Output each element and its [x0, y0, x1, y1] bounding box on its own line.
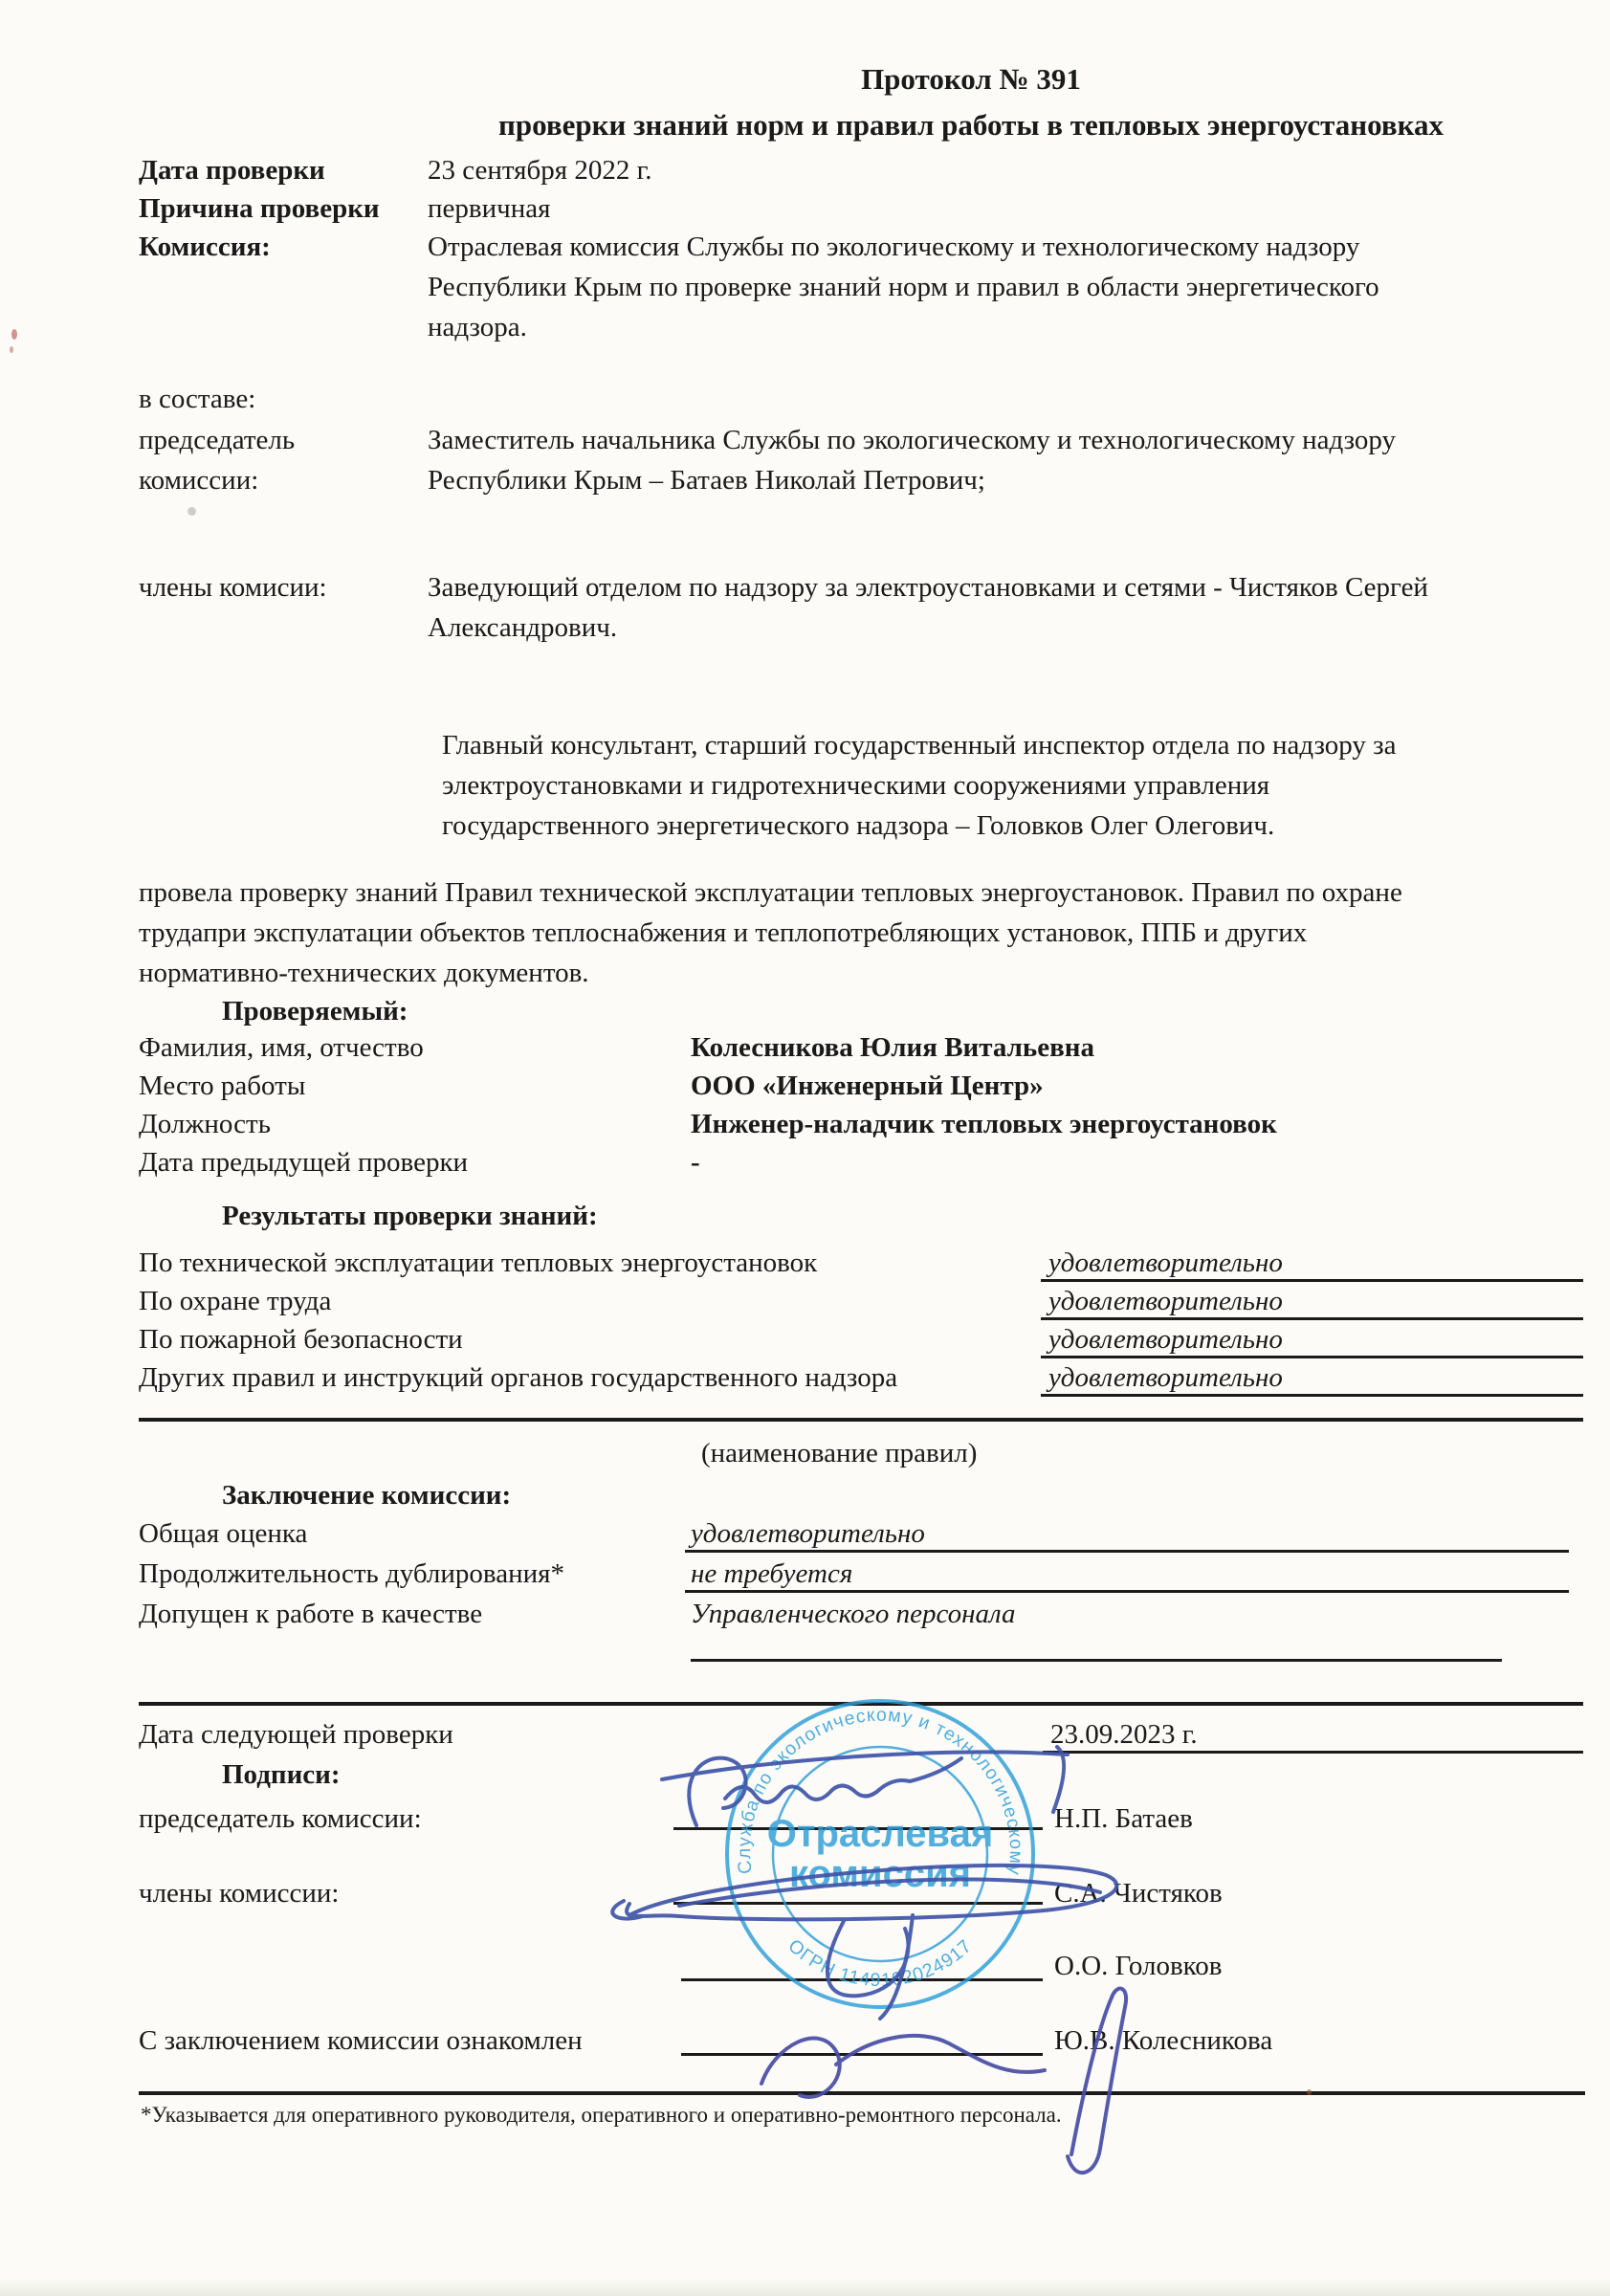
result-underline	[1041, 1356, 1583, 1358]
member2-line: государственного энергетического надзора…	[442, 809, 1274, 842]
member2-line: Главный консультант, старший государстве…	[442, 729, 1396, 762]
examinee-label: Дата предыдущей проверки	[139, 1146, 468, 1179]
examinee-value: -	[691, 1146, 700, 1179]
member2-signature-ink	[827, 1915, 913, 2019]
members-label: члены комисии:	[139, 571, 327, 604]
conducted-line: трудапри экспулатации объектов теплоснаб…	[139, 916, 1307, 949]
signatures-header: Подписи:	[222, 1758, 341, 1791]
examinee-value: ООО «Инженерный Центр»	[691, 1070, 1044, 1102]
conclusion-underline	[685, 1550, 1569, 1553]
conducted-line: провела проверку знаний Правил техническ…	[139, 876, 1402, 909]
conducted-line: нормативно-технических документов.	[139, 957, 589, 989]
commission-line: Отраслевая комиссия Службы по экологичес…	[428, 231, 1359, 263]
section-rule	[139, 1418, 1583, 1422]
examinee-label: Должность	[139, 1108, 271, 1140]
chairman-line: Республики Крым – Батаев Николай Петрови…	[428, 464, 985, 497]
member1-line: Заведующий отделом по надзору за электро…	[428, 571, 1428, 604]
chairman-label: комиссии:	[139, 464, 258, 497]
member1-signature-ink	[612, 1865, 1116, 1919]
commission-label: Комиссия:	[139, 231, 271, 263]
chairman-signature-ink	[662, 1747, 1068, 1825]
examinee-label: Место работы	[139, 1070, 305, 1102]
result-label: По пожарной безопасности	[139, 1323, 463, 1356]
results-header: Результаты проверки знаний:	[222, 1200, 598, 1232]
doc-subtitle: проверки знаний норм и правил работы в т…	[335, 109, 1607, 142]
examinee-header: Проверяемый:	[222, 995, 408, 1027]
conclusion-label: Общая оценка	[139, 1517, 307, 1550]
chairman-line: Заместитель начальника Службы по экологи…	[428, 424, 1396, 456]
scan-speck	[11, 329, 17, 340]
result-underline	[1041, 1279, 1583, 1282]
chairman-label: председатель	[139, 424, 295, 456]
examinee-label: Фамилия, имя, отчество	[139, 1031, 424, 1064]
date-value: 23 сентября 2022 г.	[428, 154, 651, 187]
reason-label: Причина проверки	[139, 192, 380, 225]
sign-chairman-label: председатель комиссии:	[139, 1802, 422, 1835]
member1-line: Александрович.	[428, 611, 617, 644]
scan-speck	[187, 507, 196, 516]
empty-underline	[691, 1659, 1502, 1662]
scanner-edge	[0, 2279, 1610, 2296]
result-label: Других правил и инструкций органов госуд…	[139, 1361, 897, 1394]
conclusion-value: удовлетворительно	[691, 1517, 925, 1550]
commission-line: надзора.	[428, 311, 527, 343]
member2-line: электроустановками и гидротехническими с…	[442, 769, 1269, 802]
conclusion-label: Допущен к работе в качестве	[139, 1598, 482, 1630]
composition-label: в составе:	[139, 383, 255, 415]
ack-signature-ink	[761, 1989, 1126, 2174]
sign-members-label: члены комиссии:	[139, 1877, 339, 1910]
conclusion-value: Управленческого персонала	[691, 1598, 1016, 1630]
result-value: удовлетворительно	[1048, 1323, 1283, 1356]
date-label: Дата проверки	[139, 154, 325, 187]
sign-ack-label: С заключением комиссии ознакомлен	[139, 2024, 583, 2057]
scan-speck	[1307, 2089, 1312, 2095]
commission-line: Республики Крым по проверке знаний норм …	[428, 271, 1379, 303]
result-value: удовлетворительно	[1048, 1247, 1283, 1279]
result-value: удовлетворительно	[1048, 1361, 1283, 1394]
examinee-value: Инженер-наладчик тепловых энергоустаново…	[691, 1108, 1277, 1140]
conclusion-label: Продолжительность дублирования*	[139, 1557, 564, 1590]
conclusion-underline	[685, 1590, 1569, 1593]
reason-value: первичная	[428, 192, 550, 225]
conclusion-value: не требуется	[691, 1557, 852, 1590]
examinee-value: Колесникова Юлия Витальевна	[691, 1031, 1094, 1064]
result-underline	[1041, 1317, 1583, 1320]
handwritten-signatures	[536, 1665, 1416, 2219]
conclusion-header: Заключение комиссии:	[222, 1479, 511, 1512]
rules-caption: (наименование правил)	[701, 1437, 977, 1469]
result-label: По охране труда	[139, 1285, 331, 1317]
result-value: удовлетворительно	[1048, 1285, 1283, 1317]
scan-speck	[10, 346, 13, 353]
result-underline	[1041, 1394, 1583, 1397]
next-check-label: Дата следующей проверки	[139, 1718, 453, 1751]
doc-title: Протокол № 391	[335, 63, 1607, 96]
result-label: По технической эксплуатации тепловых эне…	[139, 1247, 817, 1279]
protocol-document: Протокол № 391 проверки знаний норм и пр…	[0, 0, 1610, 2296]
